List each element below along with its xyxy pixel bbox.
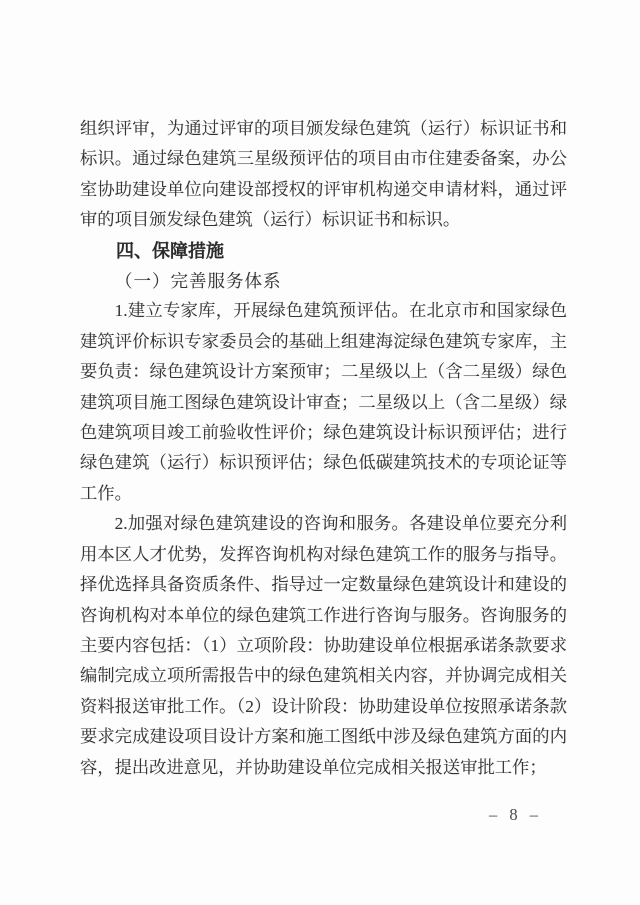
paragraph-item-1: 1.建立专家库，开展绿色建筑预评估。在北京市和国家绿色建筑评价标识专家委员会的基…	[80, 296, 567, 509]
paragraph-item-2: 2.加强对绿色建筑建设的咨询和服务。各建设单位要充分利用本区人才优势，发挥咨询机…	[80, 509, 567, 783]
document-content: 组织评审，为通过评审的项目颁发绿色建筑（运行）标识证书和标识。通过绿色建筑三星级…	[80, 114, 567, 783]
paragraph-continuation: 组织评审，为通过评审的项目颁发绿色建筑（运行）标识证书和标识。通过绿色建筑三星级…	[80, 114, 567, 236]
section-heading: 四、保障措施	[80, 236, 567, 266]
document-page: 组织评审，为通过评审的项目颁发绿色建筑（运行）标识证书和标识。通过绿色建筑三星级…	[0, 0, 640, 905]
subsection-heading: （一）完善服务体系	[80, 266, 567, 296]
page-number: – 8 –	[0, 804, 640, 826]
